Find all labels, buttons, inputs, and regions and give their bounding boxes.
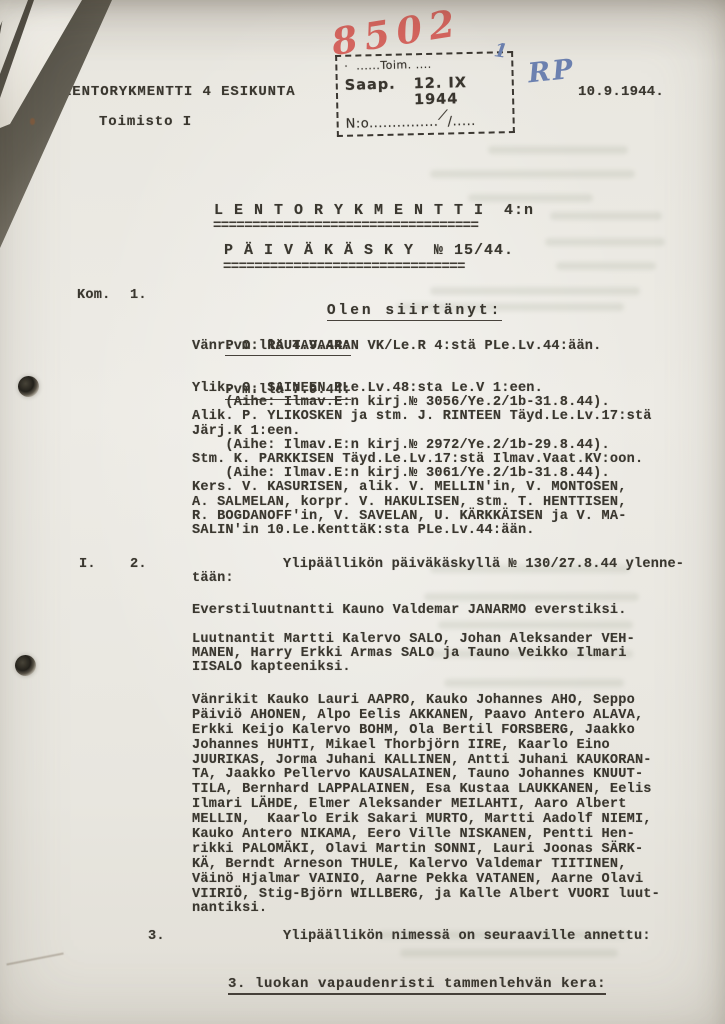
text-line: Kauko Antero NIKAMA, Eero Ville NISKANEN… xyxy=(192,828,660,843)
text-line: TA, Jaakko Pellervo KAUSALAINEN, Tauno J… xyxy=(192,768,660,783)
bleedthrough-mark xyxy=(556,262,656,270)
text-line: JUURIKAS, Jorma Juhani KALLINEN, Antti J… xyxy=(192,754,660,769)
section1-number: 1. xyxy=(130,288,147,303)
text-line: TILA, Bernhard LAPPALAINEN, Esa Kustaa L… xyxy=(192,783,660,798)
section2-number: 2. xyxy=(130,557,147,572)
section1-transfer-line-1: Vänr. O. RAUTAVAARAN VK/Le.R 4:stä PLe.L… xyxy=(192,339,602,354)
section3-medal-heading: 3. luokan vapaudenristi tammenlehvän ker… xyxy=(192,960,606,1008)
handwritten-initials: RP xyxy=(527,54,577,90)
section3-intro: Ylipäällikön nimessä on seuraaville anne… xyxy=(283,929,651,944)
section2-margin-label: I. xyxy=(79,557,96,572)
text-line: Vänrikit Kauko Lauri AAPRO, Kauko Johann… xyxy=(192,694,660,709)
text-line: (Aihe: Ilmav.E:n kirj.№ 2972/Ye.2/1b-29.… xyxy=(192,439,652,453)
bleedthrough-mark xyxy=(438,621,633,629)
bleedthrough-mark xyxy=(488,146,628,154)
text-line: Järj.K 1:een. xyxy=(192,425,652,439)
paper-crease xyxy=(6,952,63,965)
section2-intro-line2: tään: xyxy=(192,571,234,586)
text-line: Päiviö AHONEN, Alpo Eelis AKKANEN, Paavo… xyxy=(192,709,660,724)
section2-promotion-captains: Luutnantit Martti Kalervo SALO, Johan Al… xyxy=(192,633,635,676)
text-line: VIIRIÖ, Stig-Björn WILLBERG, ja Kalle Al… xyxy=(192,888,660,903)
stamp-received-label: Saap. xyxy=(345,77,397,110)
text-line: nantiksi. xyxy=(192,902,660,917)
text-line: rikki PALOMÄKI, Olavi Martin SONNI, Laur… xyxy=(192,843,660,858)
text-line: Ylik. O. SAINEEN PLe.Lv.48:sta Le.V 1:ee… xyxy=(192,382,652,396)
letterhead-unit: LENTORYKMENTTI 4 ESIKUNTA xyxy=(63,84,296,100)
section1-margin-label: Kom. xyxy=(77,288,110,303)
text-line: R. BOGDANOFF'in, V. SAVELAN, U. KÄRKKÄIS… xyxy=(192,510,652,524)
document-title-line1: L E N T O R Y K M E N T T I 4:n xyxy=(214,202,534,219)
text-line: (Aihe: Ilmav.E:n kirj.№ 3056/Ye.2/1b-31.… xyxy=(192,396,652,410)
bleedthrough-mark xyxy=(545,238,665,246)
text-line: Kers. V. KASURISEN, alik. V. MELLIN'in, … xyxy=(192,481,652,495)
bleedthrough-mark xyxy=(430,170,635,178)
text-line: KÄ, Berndt Arneson THULE, Kalervo Valdem… xyxy=(192,858,660,873)
text-line: MANEN, Harry Erkki Armas SALO ja Tauno V… xyxy=(192,647,635,661)
text-line: MELLIN, Kaarlo Erik Sakari MURTO, Martti… xyxy=(192,813,660,828)
text-line: (Aihe: Ilmav.E:n kirj.№ 3061/Ye.2/1b-31.… xyxy=(192,467,652,481)
bleedthrough-mark xyxy=(444,679,624,687)
document-title-line2: P Ä I V Ä K Ä S K Y № 15/44. xyxy=(224,242,514,259)
punch-hole xyxy=(15,655,36,676)
stamp-number-row: N:o............... /..... xyxy=(345,113,505,132)
text-line: Alik. P. YLIKOSKEN ja stm. J. RINTEEN Tä… xyxy=(192,410,652,424)
bleedthrough-mark xyxy=(400,949,618,957)
letterhead-office: Toimisto I xyxy=(99,114,192,130)
bleedthrough-mark xyxy=(424,593,639,601)
text-line: Johannes HUHTI, Mikael Thorbjörn IIRE, K… xyxy=(192,739,660,754)
receipt-stamp-box: · ......Toim. .... Saap. 12. IX 1944 N:o… xyxy=(335,51,515,137)
text-line: SALIN'in 10.Le.KenttäK:sta PLe.Lv.44:ään… xyxy=(192,524,652,538)
section3-number: 3. xyxy=(148,929,165,944)
stamp-received-date: 12. IX 1944 xyxy=(414,74,506,108)
text-line: Luutnantit Martti Kalervo SALO, Johan Al… xyxy=(192,633,635,647)
title-rule1: ================================== xyxy=(213,218,478,234)
text-line: Ilmari LÄHDE, Elmer Aleksander MEILAHTI,… xyxy=(192,798,660,813)
handwritten-no-value: / xyxy=(437,108,447,126)
punch-hole xyxy=(18,376,39,397)
scanned-document-page: LENTORYKMENTTI 4 ESIKUNTA Toimisto I 10.… xyxy=(0,0,725,1024)
title-rule2: =============================== xyxy=(223,259,465,275)
text-line: Stm. K. PARKKISEN Täyd.Le.Lv.17:stä Ilma… xyxy=(192,453,652,467)
section1-transfer-list: Ylik. O. SAINEEN PLe.Lv.48:sta Le.V 1:ee… xyxy=(192,382,652,538)
text-line: IISALO kapteeniksi. xyxy=(192,661,635,675)
bleedthrough-mark xyxy=(550,212,662,220)
section2-promotion-colonel: Everstiluutnantti Kauno Valdemar JANARMO… xyxy=(192,603,627,618)
section2-intro-line1: Ylipäällikön päiväkäskyllä № 130/27.8.44… xyxy=(283,557,684,572)
document-date: 10.9.1944. xyxy=(578,84,664,100)
text-line: Erkki Keijo Kalervo BOHM, Ola Bertil FOR… xyxy=(192,724,660,739)
text-line: A. SALMELAN, korpr. V. HAKULISEN, stm. T… xyxy=(192,496,652,510)
text-line: Väinö Hjalmar VAINIO, Aarne Pekka VATANE… xyxy=(192,873,660,888)
rust-spot xyxy=(30,118,35,125)
bleedthrough-mark xyxy=(468,194,593,202)
section2-promotion-lieutenants: Vänrikit Kauko Lauri AAPRO, Kauko Johann… xyxy=(192,694,660,917)
